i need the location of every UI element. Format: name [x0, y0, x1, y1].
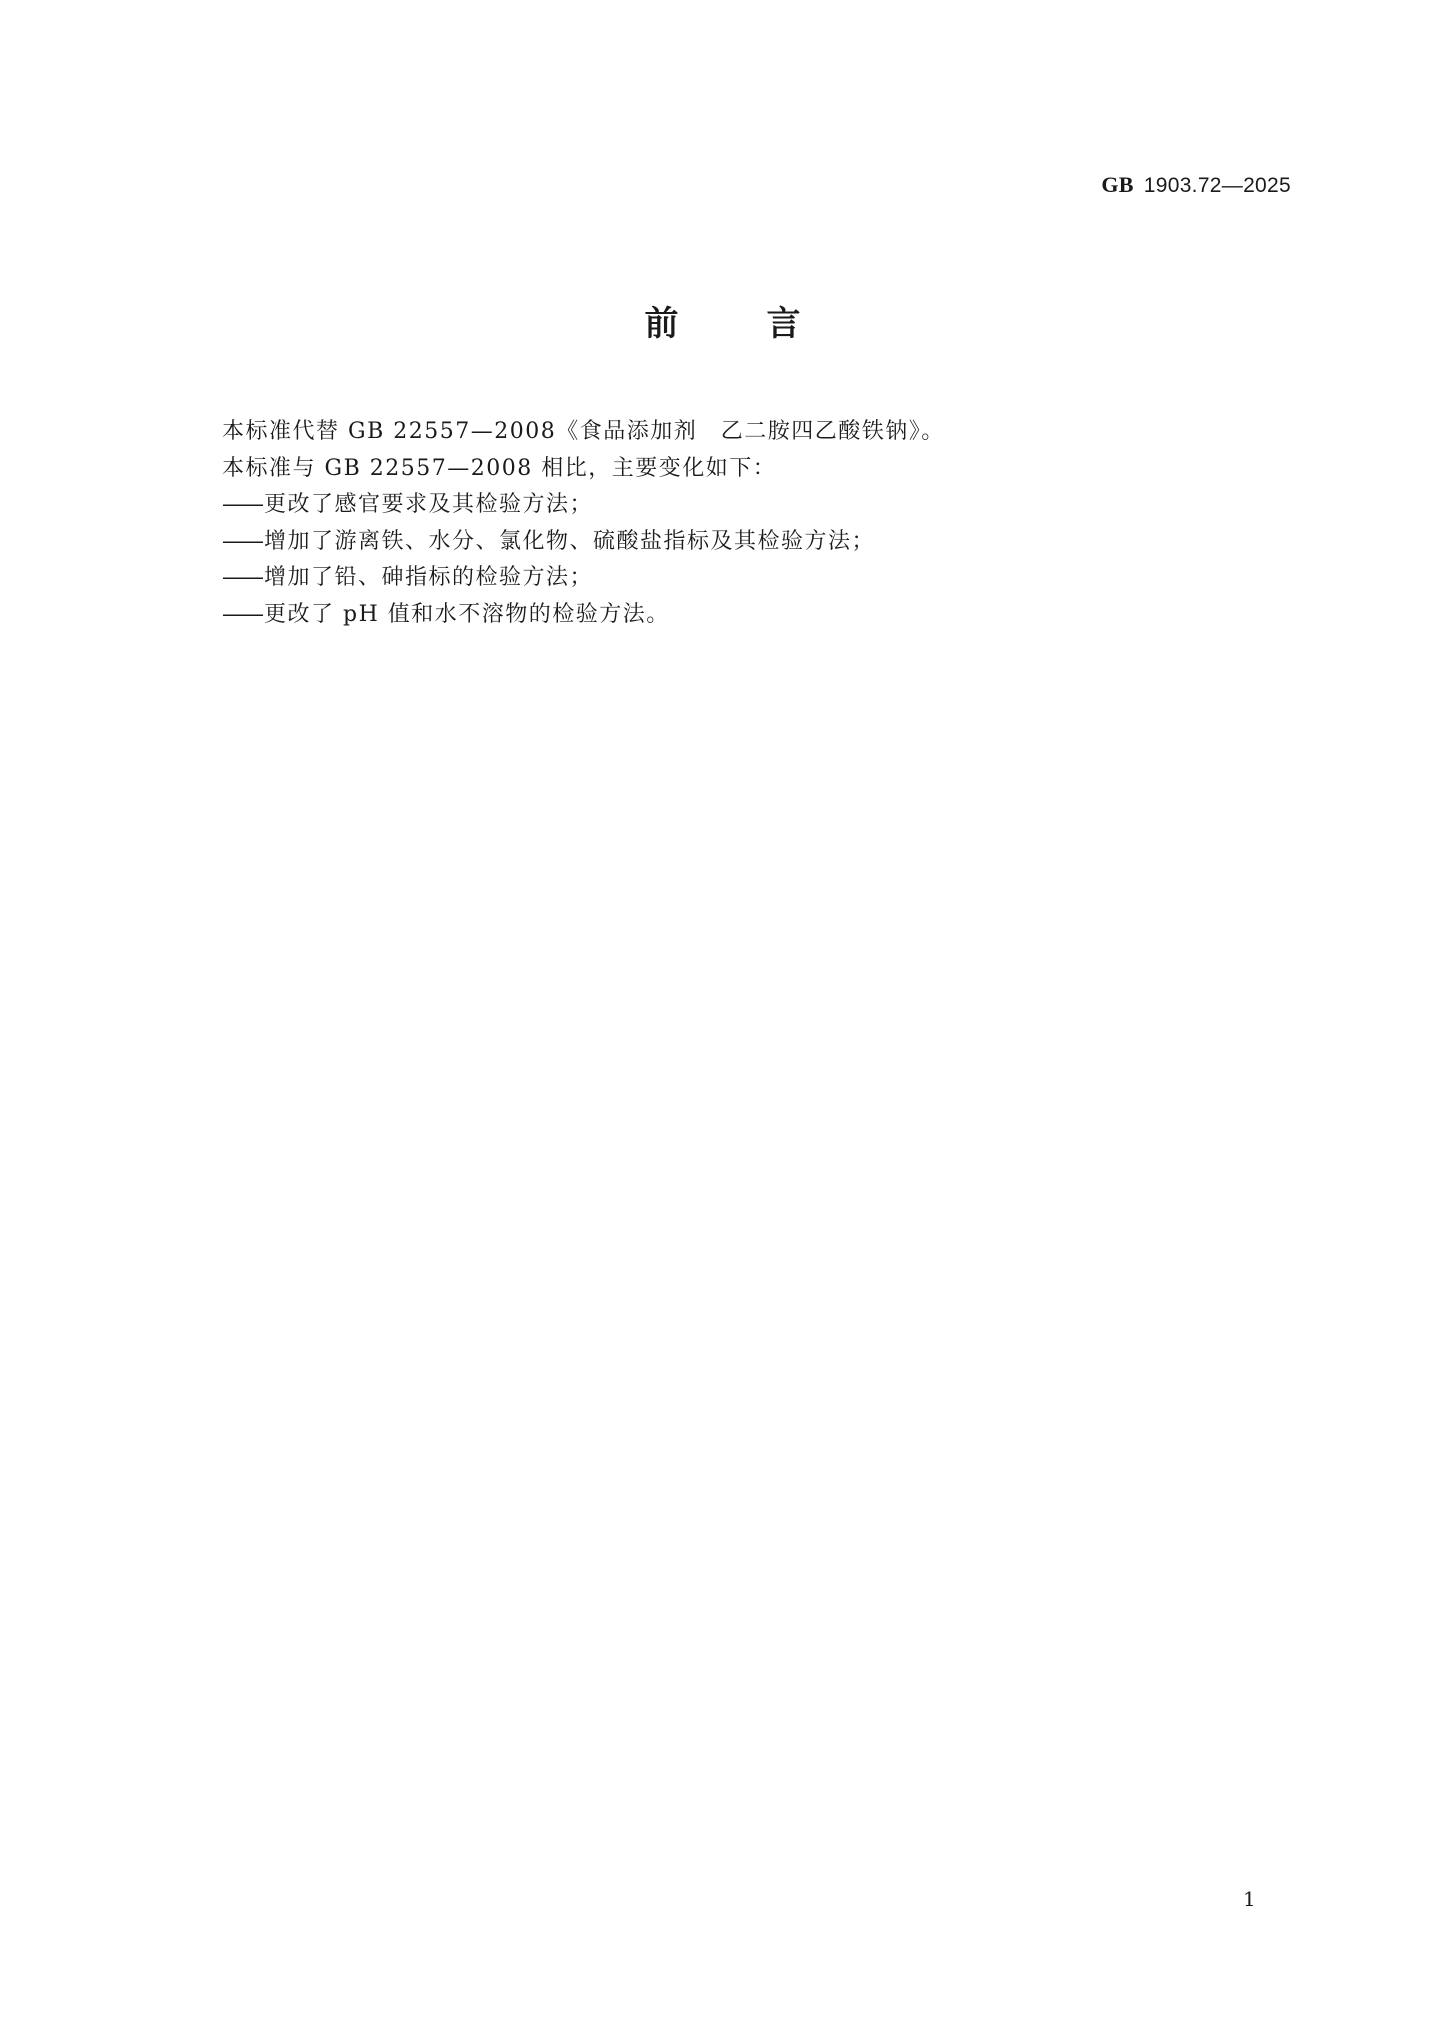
page-number: 1 — [1243, 1887, 1256, 1911]
dash-bullet: —— — [222, 565, 262, 590]
standard-code: GB1903.72—2025 — [1101, 172, 1291, 198]
change-item-text: 增加了铅、砷指标的检验方法； — [264, 565, 593, 590]
dash-bullet: —— — [222, 602, 262, 627]
dash-bullet: —— — [222, 492, 262, 517]
change-item: ——更改了感官要求及其检验方法； — [222, 487, 1232, 524]
dash-bullet: —— — [222, 529, 262, 554]
change-item: ——增加了铅、砷指标的检验方法； — [222, 560, 1232, 597]
change-item: ——更改了 pH 值和水不溶物的检验方法。 — [222, 597, 1232, 634]
title-char-2: 言 — [767, 296, 801, 345]
replacement-statement: 本标准代替 GB 22557—2008《食品添加剂 乙二胺四乙酸铁钠》。 — [222, 414, 1232, 451]
page-title: 前言 — [0, 296, 1445, 345]
standard-number: 1903.72—2025 — [1144, 174, 1291, 197]
change-item-text: 更改了 pH 值和水不溶物的检验方法。 — [264, 602, 670, 627]
change-item-text: 更改了感官要求及其检验方法； — [264, 492, 593, 517]
changes-intro: 本标准与 GB 22557—2008 相比，主要变化如下： — [222, 451, 1232, 488]
change-item-text: 增加了游离铁、水分、氯化物、硫酸盐指标及其检验方法； — [264, 529, 875, 554]
title-char-1: 前 — [645, 296, 679, 345]
foreword-body: 本标准代替 GB 22557—2008《食品添加剂 乙二胺四乙酸铁钠》。 本标准… — [222, 414, 1232, 633]
standard-prefix: GB — [1101, 172, 1133, 197]
change-item: ——增加了游离铁、水分、氯化物、硫酸盐指标及其检验方法； — [222, 524, 1232, 561]
